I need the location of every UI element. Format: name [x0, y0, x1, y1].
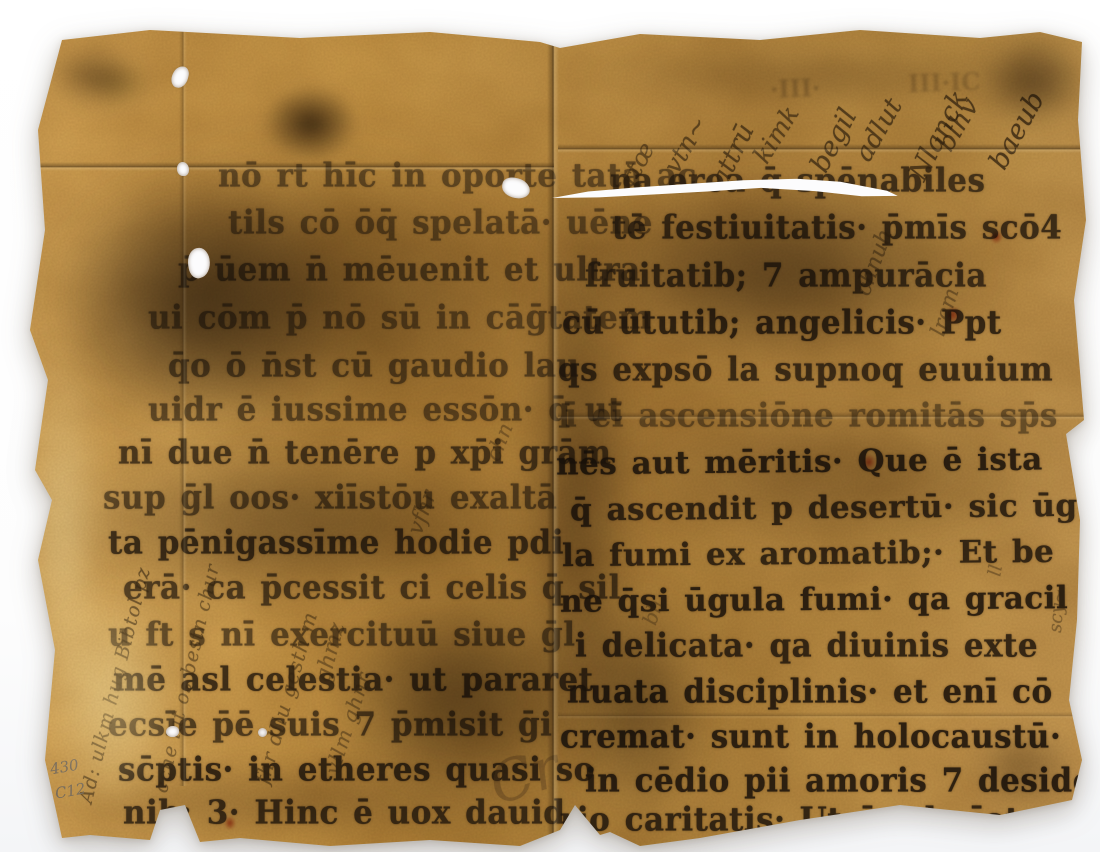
cursive-annotation: adlut — [849, 93, 909, 167]
rubric-mark — [895, 820, 907, 834]
cursive-annotation: baeub — [983, 86, 1051, 175]
stain — [83, 61, 153, 106]
text-line: p̄ ūem n̄ mēuenit et ultra — [178, 251, 641, 288]
text-line: in cēdio pii amoris 7 deside — [585, 762, 1086, 799]
text-line: la fumi ex aromatib;· Et be — [562, 534, 1055, 574]
text-line: cremat· sunt in holocaustū· — [560, 718, 1061, 755]
text-line: q̄ ascendit p desertū· sic ūgu — [570, 488, 1086, 529]
manuscript-photo: ·III· III·IC nō rt hīc in oporte tatā ac… — [0, 0, 1100, 852]
pencil-shelfmark: 430 — [49, 756, 80, 779]
highlight — [28, 326, 98, 726]
hole — [169, 64, 190, 89]
text-line: nuata disciplinis· et enī cō — [567, 673, 1053, 710]
text-line: nēs aut mēritis· Que ē ista — [556, 441, 1043, 482]
stain — [48, 46, 138, 106]
text-line: ta pēnigassīme hodie pdi — [108, 524, 564, 561]
cursive-annotation: ll — [984, 563, 1007, 578]
text-line: tils cō ōq̄ spelatā· uēne — [228, 204, 653, 241]
stain — [263, 86, 358, 161]
text-line: uidr ē iussime essōn· q̄ ut — [148, 391, 623, 428]
text-line: ne q̄si ūgula fumi· qa gracil — [560, 580, 1069, 620]
text-line: rio caritatis· Ut ūgula īot — [560, 801, 1020, 838]
text-line: ī eī ascensiōne romitās sp̄s — [565, 397, 1058, 434]
hole — [258, 728, 267, 737]
parchment-shadow-wrap: ·III· III·IC nō rt hīc in oporte tatā ac… — [28, 26, 1086, 848]
cursive-annotation: scy~ — [1045, 587, 1070, 633]
rubric-mark — [862, 454, 876, 470]
text-line: i delicata· qa diuinis exte — [575, 627, 1038, 664]
text-line: qs expsō la supnoq euuium — [558, 351, 1053, 388]
text-line: sup ḡl oos· xiīstōu exaltā — [103, 479, 557, 516]
rubric-mark — [224, 816, 236, 830]
text-line: fruitatib; 7 ampurācia — [585, 257, 987, 294]
hole — [166, 726, 179, 737]
ghost-header: ·III· — [770, 73, 821, 104]
hole — [177, 162, 189, 176]
text-line: nī due n̄ tenēre p xp̄i grām — [118, 434, 611, 471]
rubric-mark — [990, 230, 1003, 244]
text-line: q̄o ō n̄st cū gaudio lau — [168, 347, 580, 384]
parchment-fragment: ·III· III·IC nō rt hīc in oporte tatā ac… — [28, 26, 1086, 848]
